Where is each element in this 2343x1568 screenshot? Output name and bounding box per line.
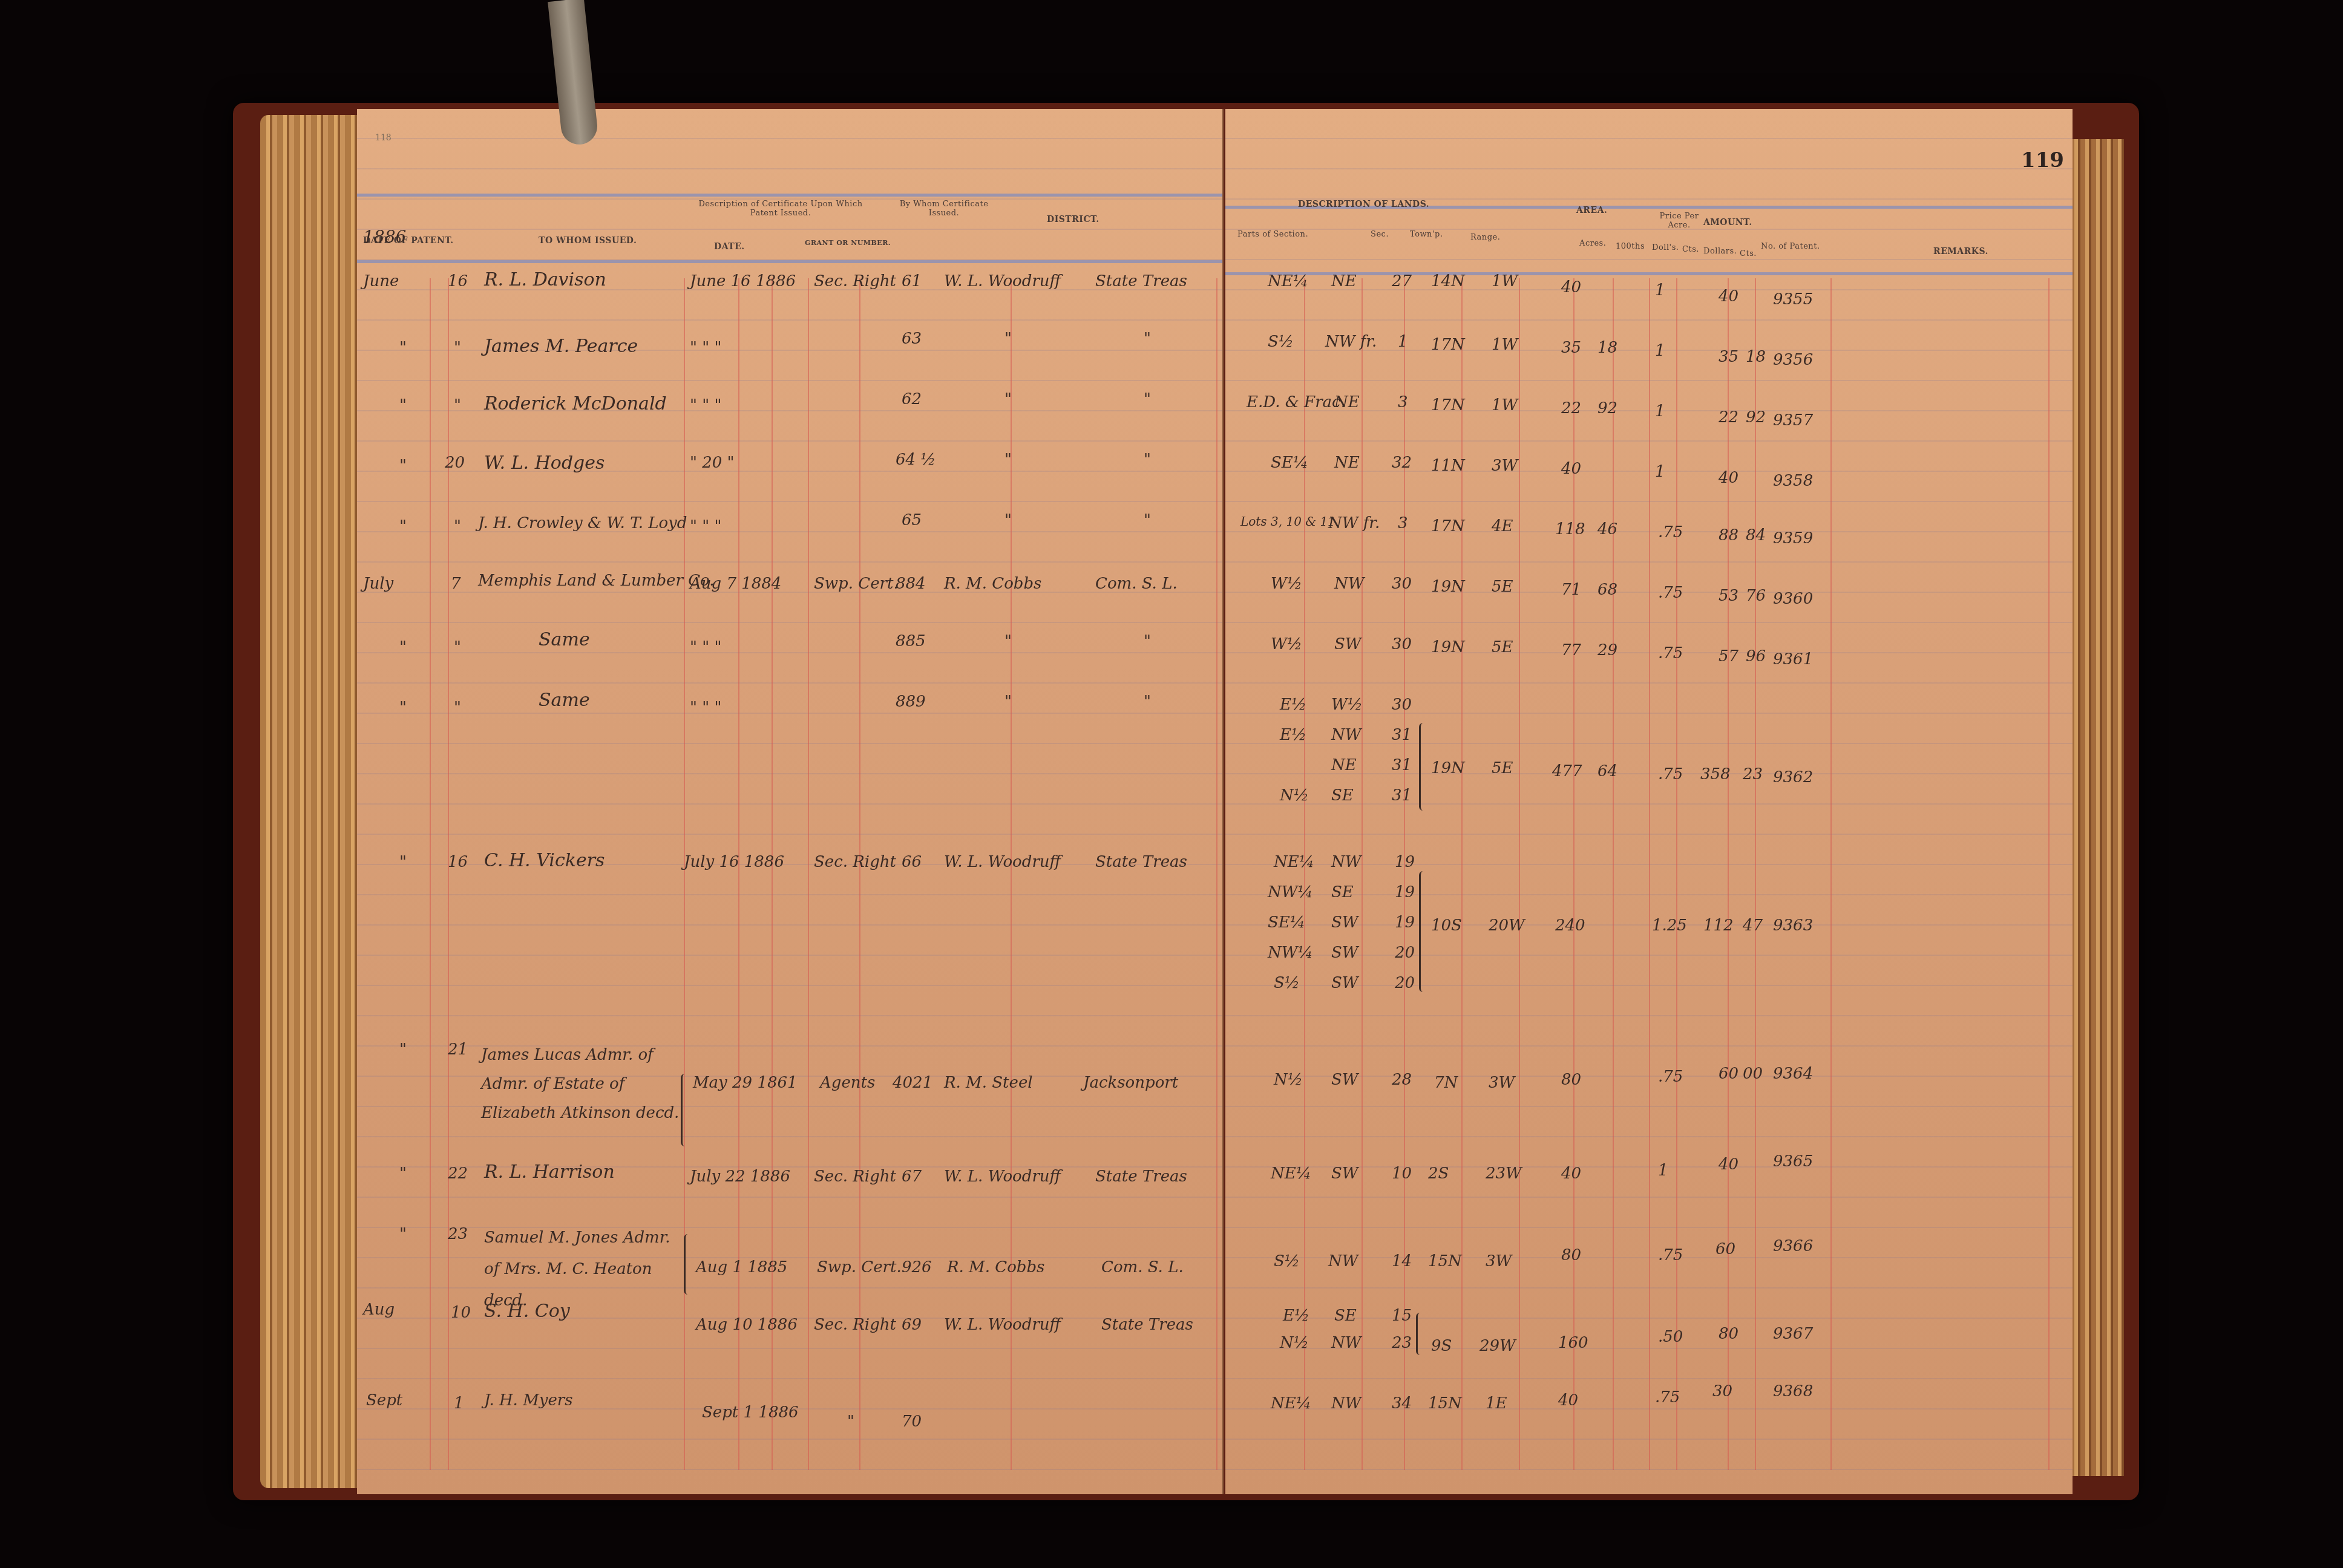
land-quarter: NE [1334, 393, 1360, 411]
page-edges-right [2069, 139, 2124, 1476]
land-quarter: SW [1331, 974, 1358, 992]
header-description-of-lands: DESCRIPTION OF LANDS. [1298, 200, 1429, 209]
amount-cents: 76 [1746, 587, 1766, 605]
header-price-cts: Cts. [1682, 245, 1699, 254]
land-part: W½ [1271, 635, 1302, 653]
entry-by-whom: " [1004, 330, 1012, 348]
land-range: 5E [1492, 638, 1513, 656]
entry-district: " [1144, 511, 1151, 529]
patent-number: 9367 [1773, 1325, 1813, 1343]
entry-cert-no: 926 [902, 1258, 932, 1276]
header-price-per-acre: Price Per Acre. [1652, 212, 1706, 230]
header-certificate-description: Description of Certificate Upon Which Pa… [696, 200, 865, 218]
entry-day: 16 [448, 853, 468, 871]
header-by-whom: By Whom Certificate Issued. [890, 200, 998, 218]
land-quarter: NW [1328, 1252, 1358, 1270]
header-price-dolls: Doll's. [1652, 243, 1679, 252]
entry-district: State Treas [1095, 272, 1187, 290]
brace-mark [1416, 1313, 1424, 1355]
land-sec: 3 [1398, 393, 1408, 411]
land-sec: 20 [1395, 944, 1415, 962]
land-township: 15N [1428, 1252, 1462, 1270]
amount-cents: 18 [1746, 348, 1766, 366]
header-sec: Sec. [1371, 230, 1389, 239]
price-per-acre: 1 [1655, 402, 1665, 420]
entry-cert-no: 67 [902, 1168, 922, 1186]
area-hundredths: 68 [1597, 581, 1617, 599]
entry-name: W. L. Hodges [484, 452, 605, 474]
entry-day: " [454, 339, 461, 357]
land-quarter: NW fr. [1328, 514, 1380, 532]
land-sec: 1 [1398, 333, 1408, 351]
land-range: 29W [1480, 1337, 1516, 1355]
entry-day: " [454, 396, 461, 414]
land-township: 2S [1428, 1165, 1449, 1183]
entry-name: R. L. Davison [484, 269, 606, 290]
header-district: DISTRICT. [1047, 215, 1099, 224]
entry-cert-no: 65 [902, 511, 922, 529]
land-quarter: SE [1331, 786, 1354, 805]
entry-cert-no: 66 [902, 853, 922, 871]
land-sec: 19 [1395, 883, 1415, 901]
amount-cents: 00 [1743, 1065, 1763, 1083]
land-part: NE¼ [1268, 272, 1308, 290]
entry-month: Sept [366, 1391, 402, 1410]
entry-cert-date: " " " [690, 517, 721, 535]
entry-name: Roderick McDonald [484, 393, 667, 414]
amount-dollars: 112 [1703, 916, 1734, 935]
patent-number: 9368 [1773, 1382, 1813, 1400]
land-part: N½ [1280, 1334, 1309, 1352]
area-acres: 80 [1561, 1246, 1581, 1264]
area-hundredths: 46 [1597, 520, 1617, 538]
land-township: 17N [1431, 336, 1465, 354]
entry-cert-date: " " " [690, 638, 721, 656]
header-amount-cts: Cts. [1740, 249, 1757, 258]
page-number: 119 [2021, 148, 2064, 172]
area-acres: 80 [1561, 1071, 1581, 1089]
brace-mark [681, 1074, 689, 1146]
land-part: NE¼ [1271, 1394, 1311, 1413]
land-sec: 3 [1398, 514, 1408, 532]
brace-mark [684, 1234, 692, 1295]
entry-cert-date: " 20 " [690, 454, 735, 472]
land-township: 19N [1431, 638, 1465, 656]
land-range: 3W [1486, 1252, 1512, 1270]
patent-number: 9361 [1773, 650, 1813, 668]
entry-name: S. H. Coy [484, 1301, 570, 1322]
land-range: 4E [1492, 517, 1513, 535]
land-range: 1W [1492, 396, 1518, 414]
entry-month: July [363, 575, 393, 593]
land-range: 5E [1492, 578, 1513, 596]
land-quarter: SE [1334, 1307, 1357, 1325]
amount-dollars: 60 [1715, 1240, 1735, 1258]
land-part: NW¼ [1268, 883, 1313, 901]
entry-month: " [399, 517, 407, 535]
land-part: S½ [1274, 1252, 1300, 1270]
entry-by-whom: " [1004, 390, 1012, 408]
land-sec: 30 [1392, 696, 1412, 714]
entry-district: " [1144, 330, 1151, 348]
land-quarter: SW [1334, 635, 1362, 653]
land-part: S½ [1268, 333, 1294, 351]
land-range: 23W [1486, 1165, 1522, 1183]
entry-cert-no: 62 [902, 390, 922, 408]
land-sec: 30 [1392, 575, 1412, 593]
entry-by-whom: R. M. Cobbs [947, 1258, 1044, 1276]
land-sec: 31 [1392, 786, 1412, 805]
land-township: 17N [1431, 517, 1465, 535]
entry-month: " [399, 638, 407, 656]
price-per-acre: .75 [1655, 1388, 1680, 1406]
entry-by-whom: " [1004, 511, 1012, 529]
land-quarter: NW [1331, 1334, 1361, 1352]
land-township: 19N [1431, 759, 1465, 777]
amount-cents: 84 [1746, 526, 1766, 544]
entry-district: " [1144, 632, 1151, 650]
land-part: W½ [1271, 575, 1302, 593]
brace-mark [1419, 723, 1427, 811]
brace-mark [1419, 871, 1427, 992]
entry-cert-date: July 16 1886 [684, 853, 784, 871]
land-range: 1W [1492, 272, 1518, 290]
land-part: E½ [1280, 696, 1306, 714]
amount-cents: 96 [1746, 647, 1766, 665]
area-acres: 118 [1555, 520, 1585, 538]
land-range: 1E [1486, 1394, 1507, 1413]
entry-district: " [1144, 451, 1151, 469]
entry-name: Memphis Land & Lumber Co. [478, 572, 715, 590]
amount-dollars: 40 [1719, 1155, 1738, 1174]
entry-cert-date: " " " [690, 339, 721, 357]
amount-cents: 47 [1743, 916, 1763, 935]
amount-dollars: 40 [1719, 287, 1738, 305]
land-sec: 32 [1392, 454, 1412, 472]
area-acres: 240 [1555, 916, 1585, 935]
land-quarter: SW [1331, 1165, 1358, 1183]
patent-number: 9356 [1773, 351, 1813, 369]
land-quarter: NW [1331, 726, 1361, 744]
amount-dollars: 40 [1719, 469, 1738, 487]
entry-cert-date: " " " [690, 396, 721, 414]
amount-cents: 23 [1743, 765, 1763, 783]
header-no-of-patent: No. of Patent. [1761, 242, 1820, 251]
header-bottom-rule [357, 260, 1222, 263]
land-sec: 20 [1395, 974, 1415, 992]
area-hundredths: 92 [1597, 399, 1617, 417]
price-per-acre: .75 [1658, 644, 1683, 662]
entry-district: State Treas [1095, 853, 1187, 871]
entry-district: State Treas [1095, 1168, 1187, 1186]
patent-number: 9364 [1773, 1065, 1813, 1083]
entry-by-whom: " [1004, 693, 1012, 711]
header-to-whom-issued: TO WHOM ISSUED. [539, 236, 637, 246]
entry-month: Aug [363, 1301, 395, 1319]
entry-cert-date: Aug 7 1884 [690, 575, 781, 593]
area-acres: 477 [1552, 762, 1582, 780]
entry-district: Jacksonport [1083, 1074, 1178, 1092]
land-township: 19N [1431, 578, 1465, 596]
amount-dollars: 22 [1719, 408, 1738, 426]
entry-name: R. L. Harrison [484, 1161, 615, 1183]
amount-cents: 92 [1746, 408, 1766, 426]
area-hundredths: 29 [1597, 641, 1617, 659]
land-township: 17N [1431, 396, 1465, 414]
land-part: S½ [1274, 974, 1300, 992]
price-per-acre: 1 [1655, 281, 1665, 299]
land-sec: 19 [1395, 913, 1415, 932]
land-part: SE¼ [1268, 913, 1305, 932]
header-top-rule [357, 194, 1222, 197]
entry-cert-no: 63 [902, 330, 922, 348]
entry-day: " [454, 699, 461, 717]
land-sec: 31 [1392, 726, 1412, 744]
entry-name: J. H. Crowley & W. T. Loyd [478, 514, 687, 532]
header-amount: AMOUNT. [1703, 218, 1752, 227]
entry-day: 1 [454, 1394, 464, 1413]
price-per-acre: .75 [1658, 1068, 1683, 1086]
land-quarter: NW fr. [1325, 333, 1377, 351]
patent-number: 9357 [1773, 411, 1813, 430]
entry-day: " [454, 638, 461, 656]
entry-by-whom: W. L. Woodruff [944, 1316, 1061, 1334]
land-part: E½ [1283, 1307, 1309, 1325]
land-township: 15N [1428, 1394, 1462, 1413]
entry-district: " [1144, 693, 1151, 711]
entry-district: Com. S. L. [1095, 575, 1178, 593]
entry-month: " [399, 1040, 407, 1059]
land-sec: 34 [1392, 1394, 1412, 1413]
land-quarter: SE [1331, 883, 1354, 901]
land-part: E½ [1280, 726, 1306, 744]
amount-dollars: 80 [1719, 1325, 1738, 1343]
entry-cert-date: " " " [690, 699, 721, 717]
entry-by-whom: R. M. Steel [944, 1074, 1033, 1092]
entry-cert-no: 4021 [893, 1074, 932, 1092]
area-acres: 22 [1561, 399, 1581, 417]
area-acres: 71 [1561, 581, 1581, 599]
land-quarter: NW [1331, 1394, 1361, 1413]
entry-name: James Lucas Admr. of Admr. of Estate of … [481, 1040, 681, 1128]
land-quarter: NW [1334, 575, 1364, 593]
area-acres: 35 [1561, 339, 1581, 357]
land-sec: 19 [1395, 853, 1415, 871]
land-sec: 30 [1392, 635, 1412, 653]
header-range: Range. [1470, 233, 1500, 242]
land-sec: 15 [1392, 1307, 1412, 1325]
price-per-acre: .75 [1658, 765, 1683, 783]
header-parts-of-section: Parts of Section. [1237, 230, 1308, 239]
entry-day: 20 [445, 454, 465, 472]
entry-cert-date: Sept 1 1886 [702, 1403, 799, 1422]
amount-dollars: 30 [1712, 1382, 1732, 1400]
entry-month: " [399, 1165, 407, 1183]
entry-cert-date: June 16 1886 [690, 272, 796, 290]
price-per-acre: .75 [1658, 584, 1683, 602]
entry-by-whom: " [1004, 451, 1012, 469]
left-page-number-faint: 118 [375, 133, 392, 143]
land-range: 3W [1489, 1074, 1515, 1092]
entry-month: " [399, 396, 407, 414]
land-township: 9S [1431, 1337, 1452, 1355]
entry-cert-no: 70 [902, 1413, 922, 1431]
land-sec: 31 [1392, 756, 1412, 774]
land-quarter: W½ [1331, 696, 1363, 714]
amount-dollars: 35 [1719, 348, 1738, 366]
entry-cert-no: 884 [896, 575, 926, 593]
header-grant-number: GRANT OR NUMBER. [805, 239, 891, 247]
patent-number: 9355 [1773, 290, 1813, 309]
entry-by-whom: W. L. Woodruff [944, 1168, 1061, 1186]
entry-cert-no: 885 [896, 632, 926, 650]
entry-cert-type: " [847, 1413, 854, 1431]
entry-by-whom: " [1004, 632, 1012, 650]
area-acres: 40 [1561, 278, 1581, 296]
header-area: AREA. [1576, 206, 1607, 215]
area-hundredths: 18 [1597, 339, 1617, 357]
land-quarter: SW [1331, 944, 1358, 962]
land-sec: 23 [1392, 1334, 1412, 1352]
amount-dollars: 88 [1719, 526, 1738, 544]
patent-number: 9359 [1773, 529, 1813, 547]
price-per-acre: 1.25 [1652, 916, 1687, 935]
area-acres: 40 [1561, 460, 1581, 478]
header-remarks: REMARKS. [1933, 247, 1988, 256]
entry-cert-date: July 22 1886 [690, 1168, 790, 1186]
entry-month: June [363, 272, 399, 290]
page-edges-left [260, 115, 363, 1488]
entry-cert-no: 61 [902, 272, 922, 290]
entry-name: J. H. Myers [484, 1391, 573, 1410]
land-range: 20W [1489, 916, 1525, 935]
entry-name: C. H. Vickers [484, 850, 605, 871]
amount-dollars: 60 [1719, 1065, 1738, 1083]
header-cert-date: DATE. [714, 242, 745, 252]
land-sec: 28 [1392, 1071, 1412, 1089]
entry-month: " [399, 339, 407, 357]
land-sec: 27 [1392, 272, 1412, 290]
entry-month: " [399, 1225, 407, 1243]
price-per-acre: 1 [1655, 342, 1665, 360]
land-part: SE¼ [1271, 454, 1308, 472]
entry-day: 21 [448, 1040, 468, 1059]
land-part: NE¼ [1271, 1165, 1311, 1183]
header-acres: Acres. [1579, 239, 1606, 248]
entry-district: " [1144, 390, 1151, 408]
land-part: NW¼ [1268, 944, 1313, 962]
land-township: 14N [1431, 272, 1465, 290]
entry-cert-type: Agents [820, 1074, 875, 1092]
land-quarter: NE [1334, 454, 1360, 472]
land-range: 1W [1492, 336, 1518, 354]
entry-cert-type: Sec. Right [814, 1316, 896, 1334]
area-acres: 40 [1561, 1165, 1581, 1183]
price-per-acre: 1 [1658, 1161, 1668, 1180]
entry-cert-no: 889 [896, 693, 926, 711]
area-hundredths: 64 [1597, 762, 1617, 780]
patent-number: 9358 [1773, 472, 1813, 490]
land-quarter: SW [1331, 913, 1358, 932]
entry-by-whom: R. M. Cobbs [944, 575, 1041, 593]
land-quarter: NE [1331, 272, 1357, 290]
entry-cert-type: Sec. Right [814, 853, 896, 871]
patent-number: 9360 [1773, 590, 1813, 608]
entry-day: " [454, 517, 461, 535]
area-acres: 40 [1558, 1391, 1578, 1410]
header-amount-dollars: Dollars. [1703, 247, 1737, 256]
land-part: N½ [1280, 786, 1309, 805]
patent-number: 9362 [1773, 768, 1813, 786]
area-acres: 160 [1558, 1334, 1588, 1352]
patent-number: 9365 [1773, 1152, 1813, 1171]
entry-district: State Treas [1101, 1316, 1193, 1334]
entry-cert-type: Sec. Right [814, 1168, 896, 1186]
entry-by-whom: W. L. Woodruff [944, 272, 1061, 290]
patent-number: 9363 [1773, 916, 1813, 935]
amount-dollars: 53 [1719, 587, 1738, 605]
entry-name: James M. Pearce [484, 336, 638, 357]
land-sec: 10 [1392, 1165, 1412, 1183]
land-quarter: NW [1331, 853, 1361, 871]
entry-day: 10 [451, 1304, 471, 1322]
amount-dollars: 57 [1719, 647, 1738, 665]
land-part: NE¼ [1274, 853, 1314, 871]
entry-cert-type: Sec. Right [814, 272, 896, 290]
price-per-acre: .75 [1658, 523, 1683, 541]
price-per-acre: 1 [1655, 463, 1665, 481]
entry-cert-type: Swp. Cert. [817, 1258, 902, 1276]
land-quarter: SW [1331, 1071, 1358, 1089]
entry-day: 16 [448, 272, 468, 290]
land-part: Lots 3, 10 & 11 [1240, 514, 1335, 529]
entry-day: 7 [451, 575, 461, 593]
entry-by-whom: W. L. Woodruff [944, 853, 1061, 871]
entry-month: " [399, 457, 407, 475]
entry-month: " [399, 699, 407, 717]
land-township: 7N [1434, 1074, 1458, 1092]
entry-district: Com. S. L. [1101, 1258, 1184, 1276]
land-part: N½ [1274, 1071, 1303, 1089]
entry-day: 23 [448, 1225, 468, 1243]
entry-cert-no: 64 ½ [896, 451, 936, 469]
land-quarter: NE [1331, 756, 1357, 774]
land-range: 5E [1492, 759, 1513, 777]
year-marker: 1886 [363, 227, 406, 247]
area-acres: 77 [1561, 641, 1581, 659]
price-per-acre: .50 [1658, 1328, 1683, 1346]
land-range: 3W [1492, 457, 1518, 475]
land-sec: 14 [1392, 1252, 1412, 1270]
entry-month: " [399, 853, 407, 871]
entry-cert-date: May 29 1861 [693, 1074, 798, 1092]
entry-name: Same [539, 629, 590, 650]
patent-number: 9366 [1773, 1237, 1813, 1255]
header-hundredths: 100ths [1616, 242, 1645, 251]
price-per-acre: .75 [1658, 1246, 1683, 1264]
entry-name: Same [539, 690, 590, 711]
entry-cert-type: Swp. Cert. [814, 575, 899, 593]
land-township: 11N [1431, 457, 1465, 475]
amount-dollars: 358 [1700, 765, 1731, 783]
entry-cert-no: 69 [902, 1316, 922, 1334]
entry-cert-date: Aug 10 1886 [696, 1316, 798, 1334]
entry-cert-date: Aug 1 1885 [696, 1258, 787, 1276]
header-township: Town'p. [1410, 230, 1443, 239]
land-township: 10S [1431, 916, 1462, 935]
entry-day: 22 [448, 1165, 468, 1183]
land-part: E.D. & Frac. [1247, 393, 1346, 411]
